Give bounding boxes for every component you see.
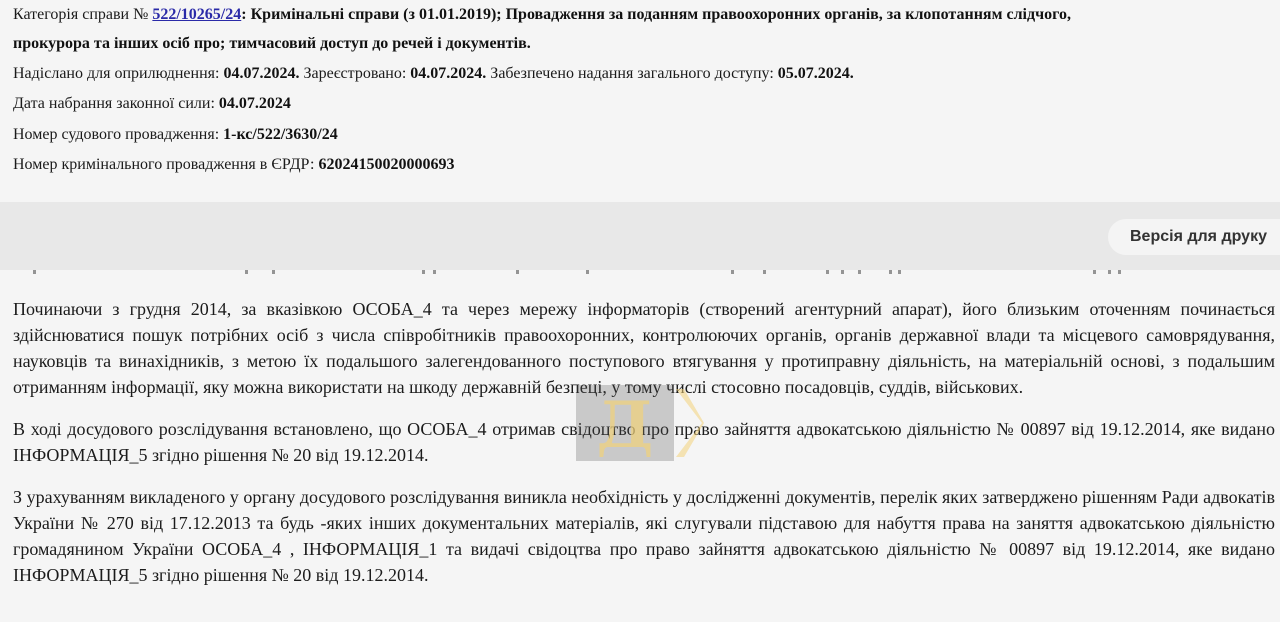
effective-label: Дата набрання законної сили: (13, 95, 219, 112)
toolbar (0, 202, 1280, 270)
access-label: Забезпечено надання загального доступу: (486, 65, 777, 82)
sent-date: 04.07.2024. (223, 65, 299, 82)
effective-date: 04.07.2024 (219, 95, 291, 112)
category-text-cont: прокурора та інших осіб про; тимчасовий … (13, 35, 531, 52)
category-row: Категорія справи № 522/10265/24: Криміна… (13, 5, 1071, 25)
registered-label: Зареєстровано: (299, 65, 410, 82)
dates-row: Надіслано для оприлюднення: 04.07.2024. … (13, 64, 854, 84)
erdr-row: Номер кримінального провадження в ЄРДР: … (13, 155, 454, 175)
case-number-link[interactable]: 522/10265/24 (152, 6, 241, 23)
watermark-logo-icon: Д (576, 385, 704, 461)
registered-date: 04.07.2024. (410, 65, 486, 82)
paragraph: З урахуванням викладеного у органу досуд… (13, 484, 1275, 588)
clipped-text-line (0, 270, 1280, 276)
erdr-label: Номер кримінального провадження в ЄРДР: (13, 156, 318, 173)
category-text: : Кримінальні справи (з 01.01.2019); Про… (241, 6, 1071, 23)
print-version-button[interactable]: Версія для друку (1108, 219, 1280, 255)
svg-text:Д: Д (597, 388, 654, 461)
court-proc-label: Номер судового провадження: (13, 126, 223, 143)
category-row-cont: прокурора та інших осіб про; тимчасовий … (13, 34, 531, 54)
category-label: Категорія справи № (13, 6, 152, 23)
effective-row: Дата набрання законної сили: 04.07.2024 (13, 94, 291, 114)
access-date: 05.07.2024. (778, 65, 854, 82)
sent-label: Надіслано для оприлюднення: (13, 65, 223, 82)
court-proc-row: Номер судового провадження: 1-кс/522/363… (13, 125, 338, 145)
court-proc-number: 1-кс/522/3630/24 (223, 126, 338, 143)
erdr-number: 62024150020000693 (318, 156, 454, 173)
